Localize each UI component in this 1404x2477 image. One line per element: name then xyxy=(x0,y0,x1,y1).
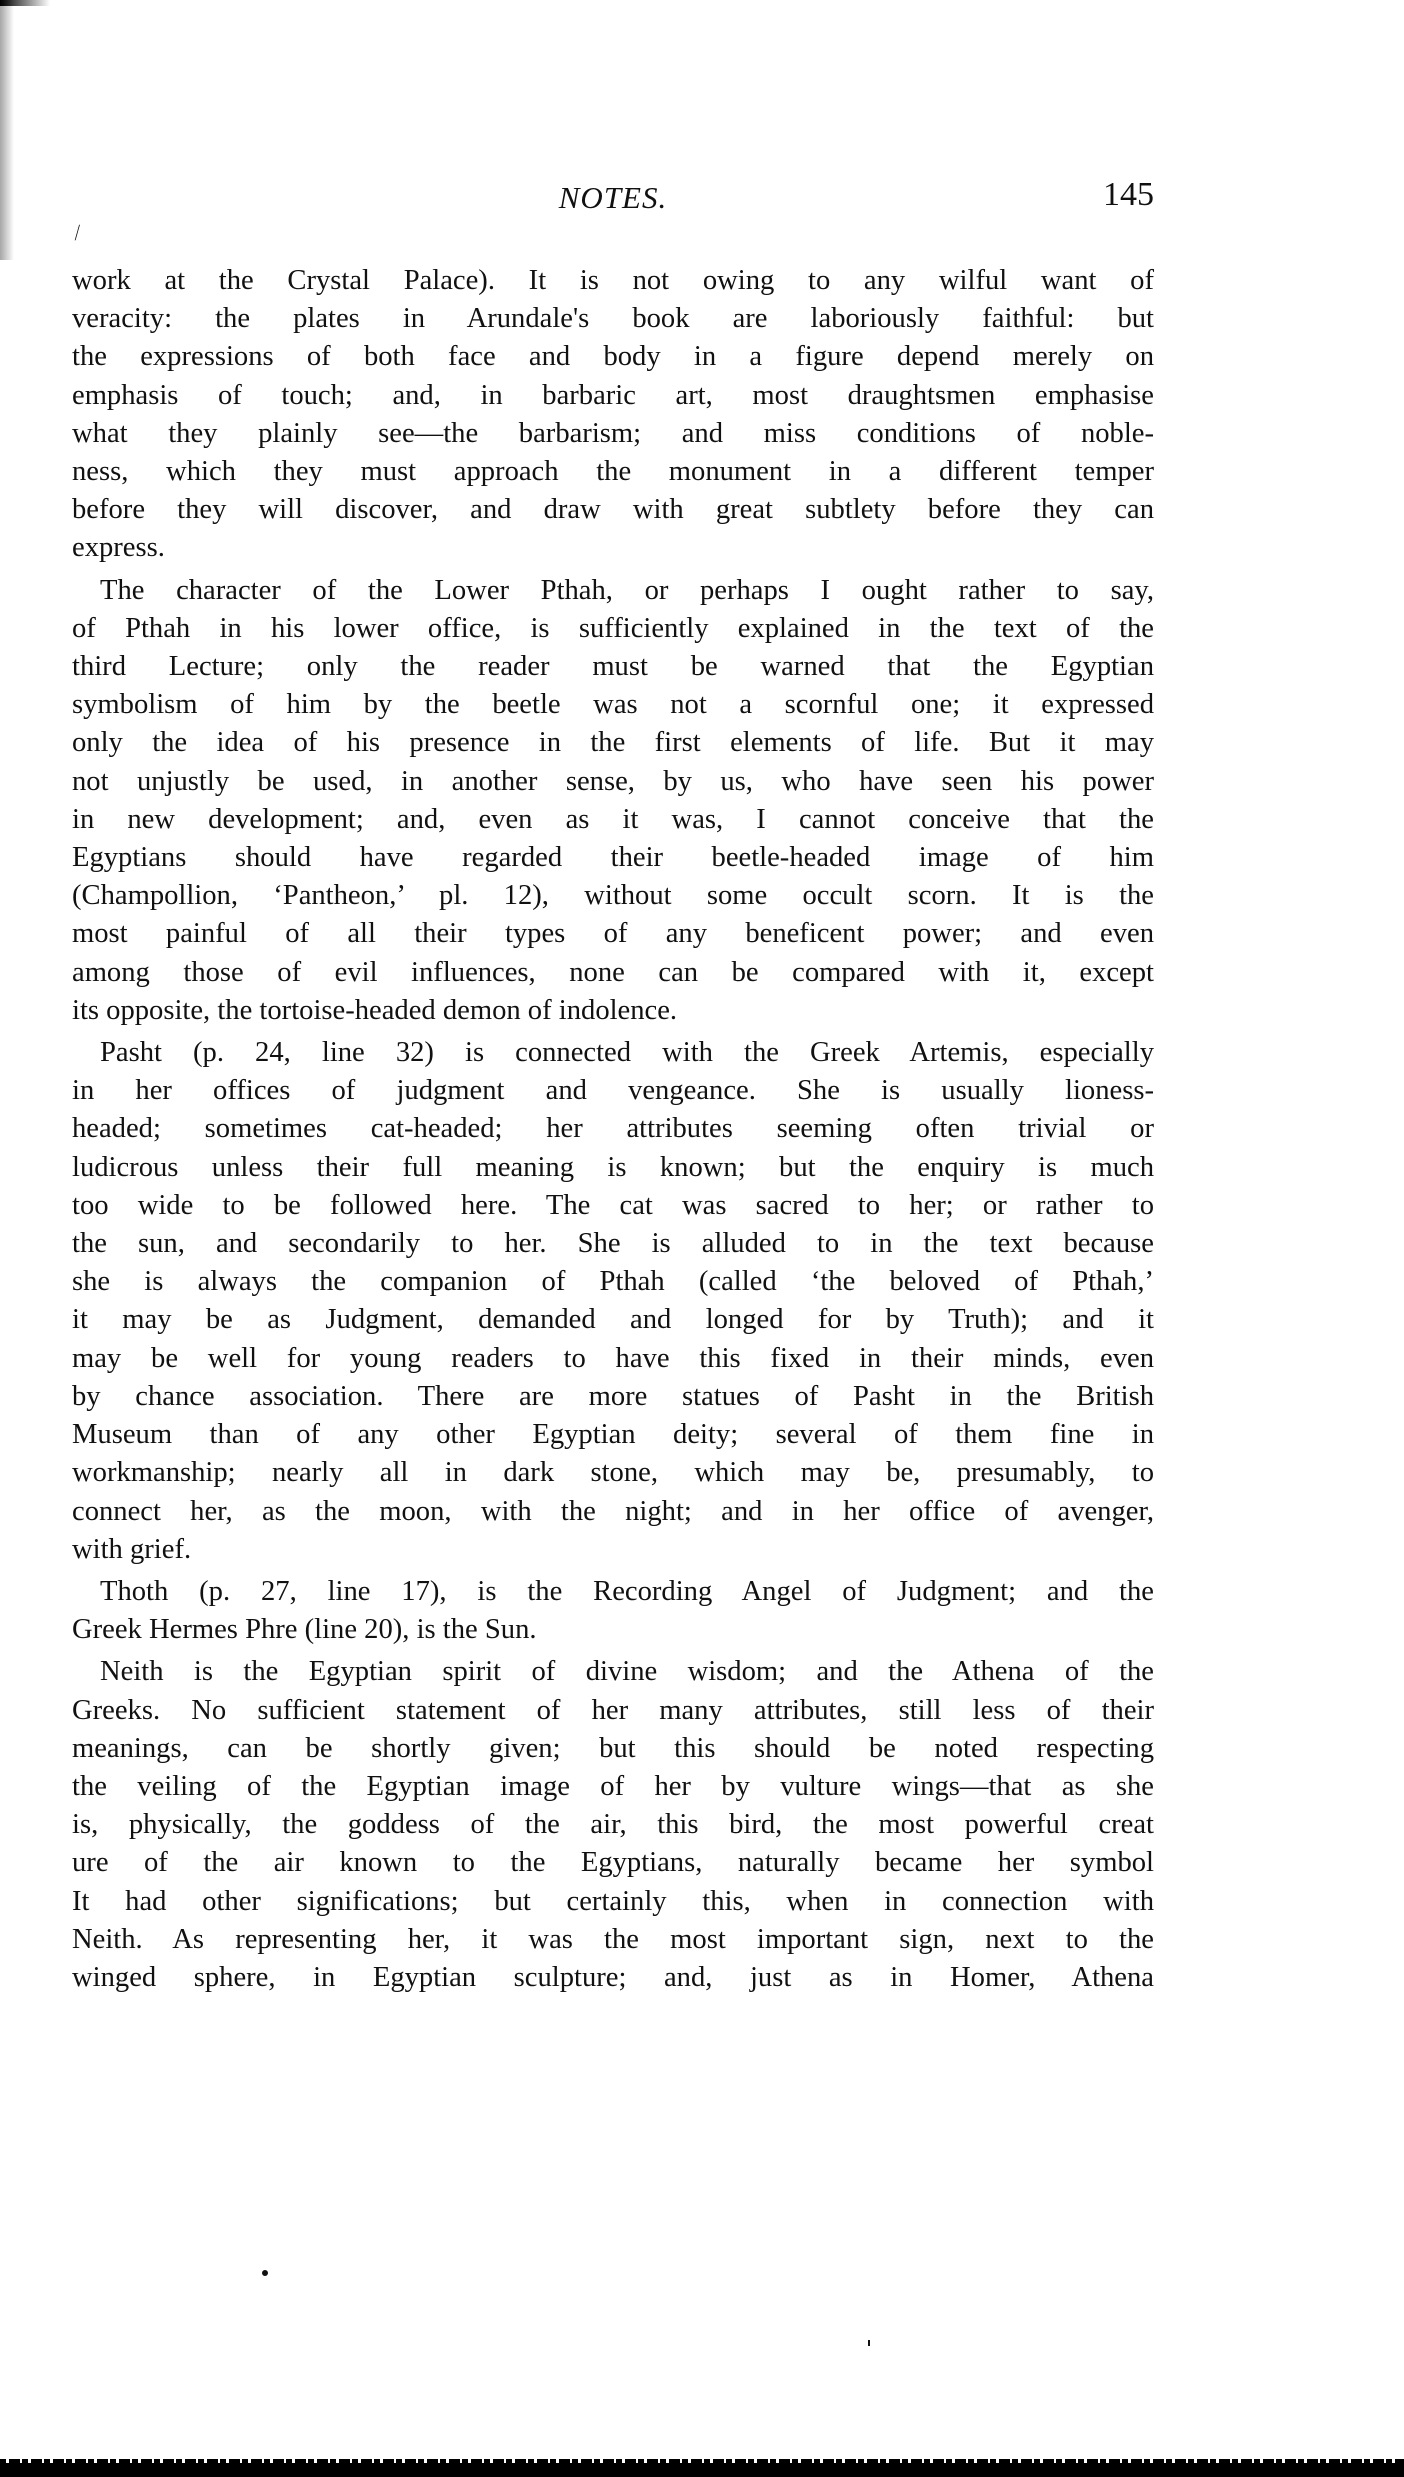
text-line: the sun, and secondarily to her. She is … xyxy=(72,1225,1154,1263)
text-line: meanings, can be shortly given; but this… xyxy=(72,1730,1154,1768)
paragraph-pasht: Pasht (p. 24, line 32) is connected with… xyxy=(72,1034,1154,1569)
stray-dot-mark xyxy=(262,2270,268,2276)
text-line: among those of evil influences, none can… xyxy=(72,954,1154,992)
text-line: Neith is the Egyptian spirit of divine w… xyxy=(72,1653,1154,1691)
paragraph-neith: Neith is the Egyptian spirit of divine w… xyxy=(72,1653,1154,1997)
text-line: (Champollion, ‘Pantheon,’ pl. 12), witho… xyxy=(72,877,1154,915)
text-line: is, physically, the goddess of the air, … xyxy=(72,1806,1154,1844)
text-line: veracity: the plates in Arundale's book … xyxy=(72,300,1154,338)
text-line: Thoth (p. 27, line 17), is the Recording… xyxy=(72,1573,1154,1611)
scan-corner-artifact xyxy=(0,0,50,6)
text-line: emphasis of touch; and, in barbaric art,… xyxy=(72,377,1154,415)
text-line: symbolism of him by the beetle was not a… xyxy=(72,686,1154,724)
paragraph-crystal-palace: work at the Crystal Palace). It is not o… xyxy=(72,262,1154,568)
running-head: NOTES. xyxy=(72,180,1154,216)
text-line: it may be as Judgment, demanded and long… xyxy=(72,1301,1154,1339)
text-line: may be well for young readers to have th… xyxy=(72,1340,1154,1378)
text-line: in new development; and, even as it was,… xyxy=(72,801,1154,839)
text-line: before they will discover, and draw with… xyxy=(72,491,1154,529)
text-line: third Lecture; only the reader must be w… xyxy=(72,648,1154,686)
stray-print-mark: ∕ xyxy=(72,222,83,245)
text-line: Pasht (p. 24, line 32) is connected with… xyxy=(72,1034,1154,1072)
text-line: Neith. As representing her, it was the m… xyxy=(72,1921,1154,1959)
scan-bottom-edge xyxy=(0,2463,1404,2477)
text-line: ness, which they must approach the monum… xyxy=(72,453,1154,491)
text-line: of Pthah in his lower office, is suffici… xyxy=(72,610,1154,648)
text-line: too wide to be followed here. The cat wa… xyxy=(72,1187,1154,1225)
text-line: with grief. xyxy=(72,1531,1154,1569)
text-line: Greeks. No sufficient statement of her m… xyxy=(72,1692,1154,1730)
text-line: winged sphere, in Egyptian sculpture; an… xyxy=(72,1959,1154,1997)
text-line: ure of the air known to the Egyptians, n… xyxy=(72,1844,1154,1882)
text-line: most painful of all their types of any b… xyxy=(72,915,1154,953)
page-number: 145 xyxy=(1103,176,1154,214)
text-line: she is always the companion of Pthah (ca… xyxy=(72,1263,1154,1301)
text-line: It had other significations; but certain… xyxy=(72,1883,1154,1921)
text-line: Egyptians should have regarded their bee… xyxy=(72,839,1154,877)
text-line: its opposite, the tortoise-headed demon … xyxy=(72,992,1154,1030)
text-line: the expressions of both face and body in… xyxy=(72,338,1154,376)
text-line: only the idea of his presence in the fir… xyxy=(72,724,1154,762)
text-line: in her offices of judgment and vengeance… xyxy=(72,1072,1154,1110)
paragraph-lower-pthah: The character of the Lower Pthah, or per… xyxy=(72,572,1154,1030)
scan-edge-shadow xyxy=(0,0,14,260)
text-line: connect her, as the moon, with the night… xyxy=(72,1493,1154,1531)
text-line: workmanship; nearly all in dark stone, w… xyxy=(72,1454,1154,1492)
body-text: work at the Crystal Palace). It is not o… xyxy=(72,262,1154,2001)
text-line: not unjustly be used, in another sense, … xyxy=(72,763,1154,801)
text-line: the veiling of the Egyptian image of her… xyxy=(72,1768,1154,1806)
stray-tick-mark xyxy=(868,2340,870,2346)
text-line: what they plainly see—the barbarism; and… xyxy=(72,415,1154,453)
text-line: express. xyxy=(72,529,1154,567)
paragraph-thoth: Thoth (p. 27, line 17), is the Recording… xyxy=(72,1573,1154,1649)
text-line: The character of the Lower Pthah, or per… xyxy=(72,572,1154,610)
text-line: Museum than of any other Egyptian deity;… xyxy=(72,1416,1154,1454)
text-line: Greek Hermes Phre (line 20), is the Sun. xyxy=(72,1611,1154,1649)
text-line: ludicrous unless their full meaning is k… xyxy=(72,1149,1154,1187)
text-line: headed; sometimes cat-headed; her attrib… xyxy=(72,1110,1154,1148)
text-line: work at the Crystal Palace). It is not o… xyxy=(72,262,1154,300)
page-header: NOTES. 145 xyxy=(72,180,1154,220)
text-line: by chance association. There are more st… xyxy=(72,1378,1154,1416)
